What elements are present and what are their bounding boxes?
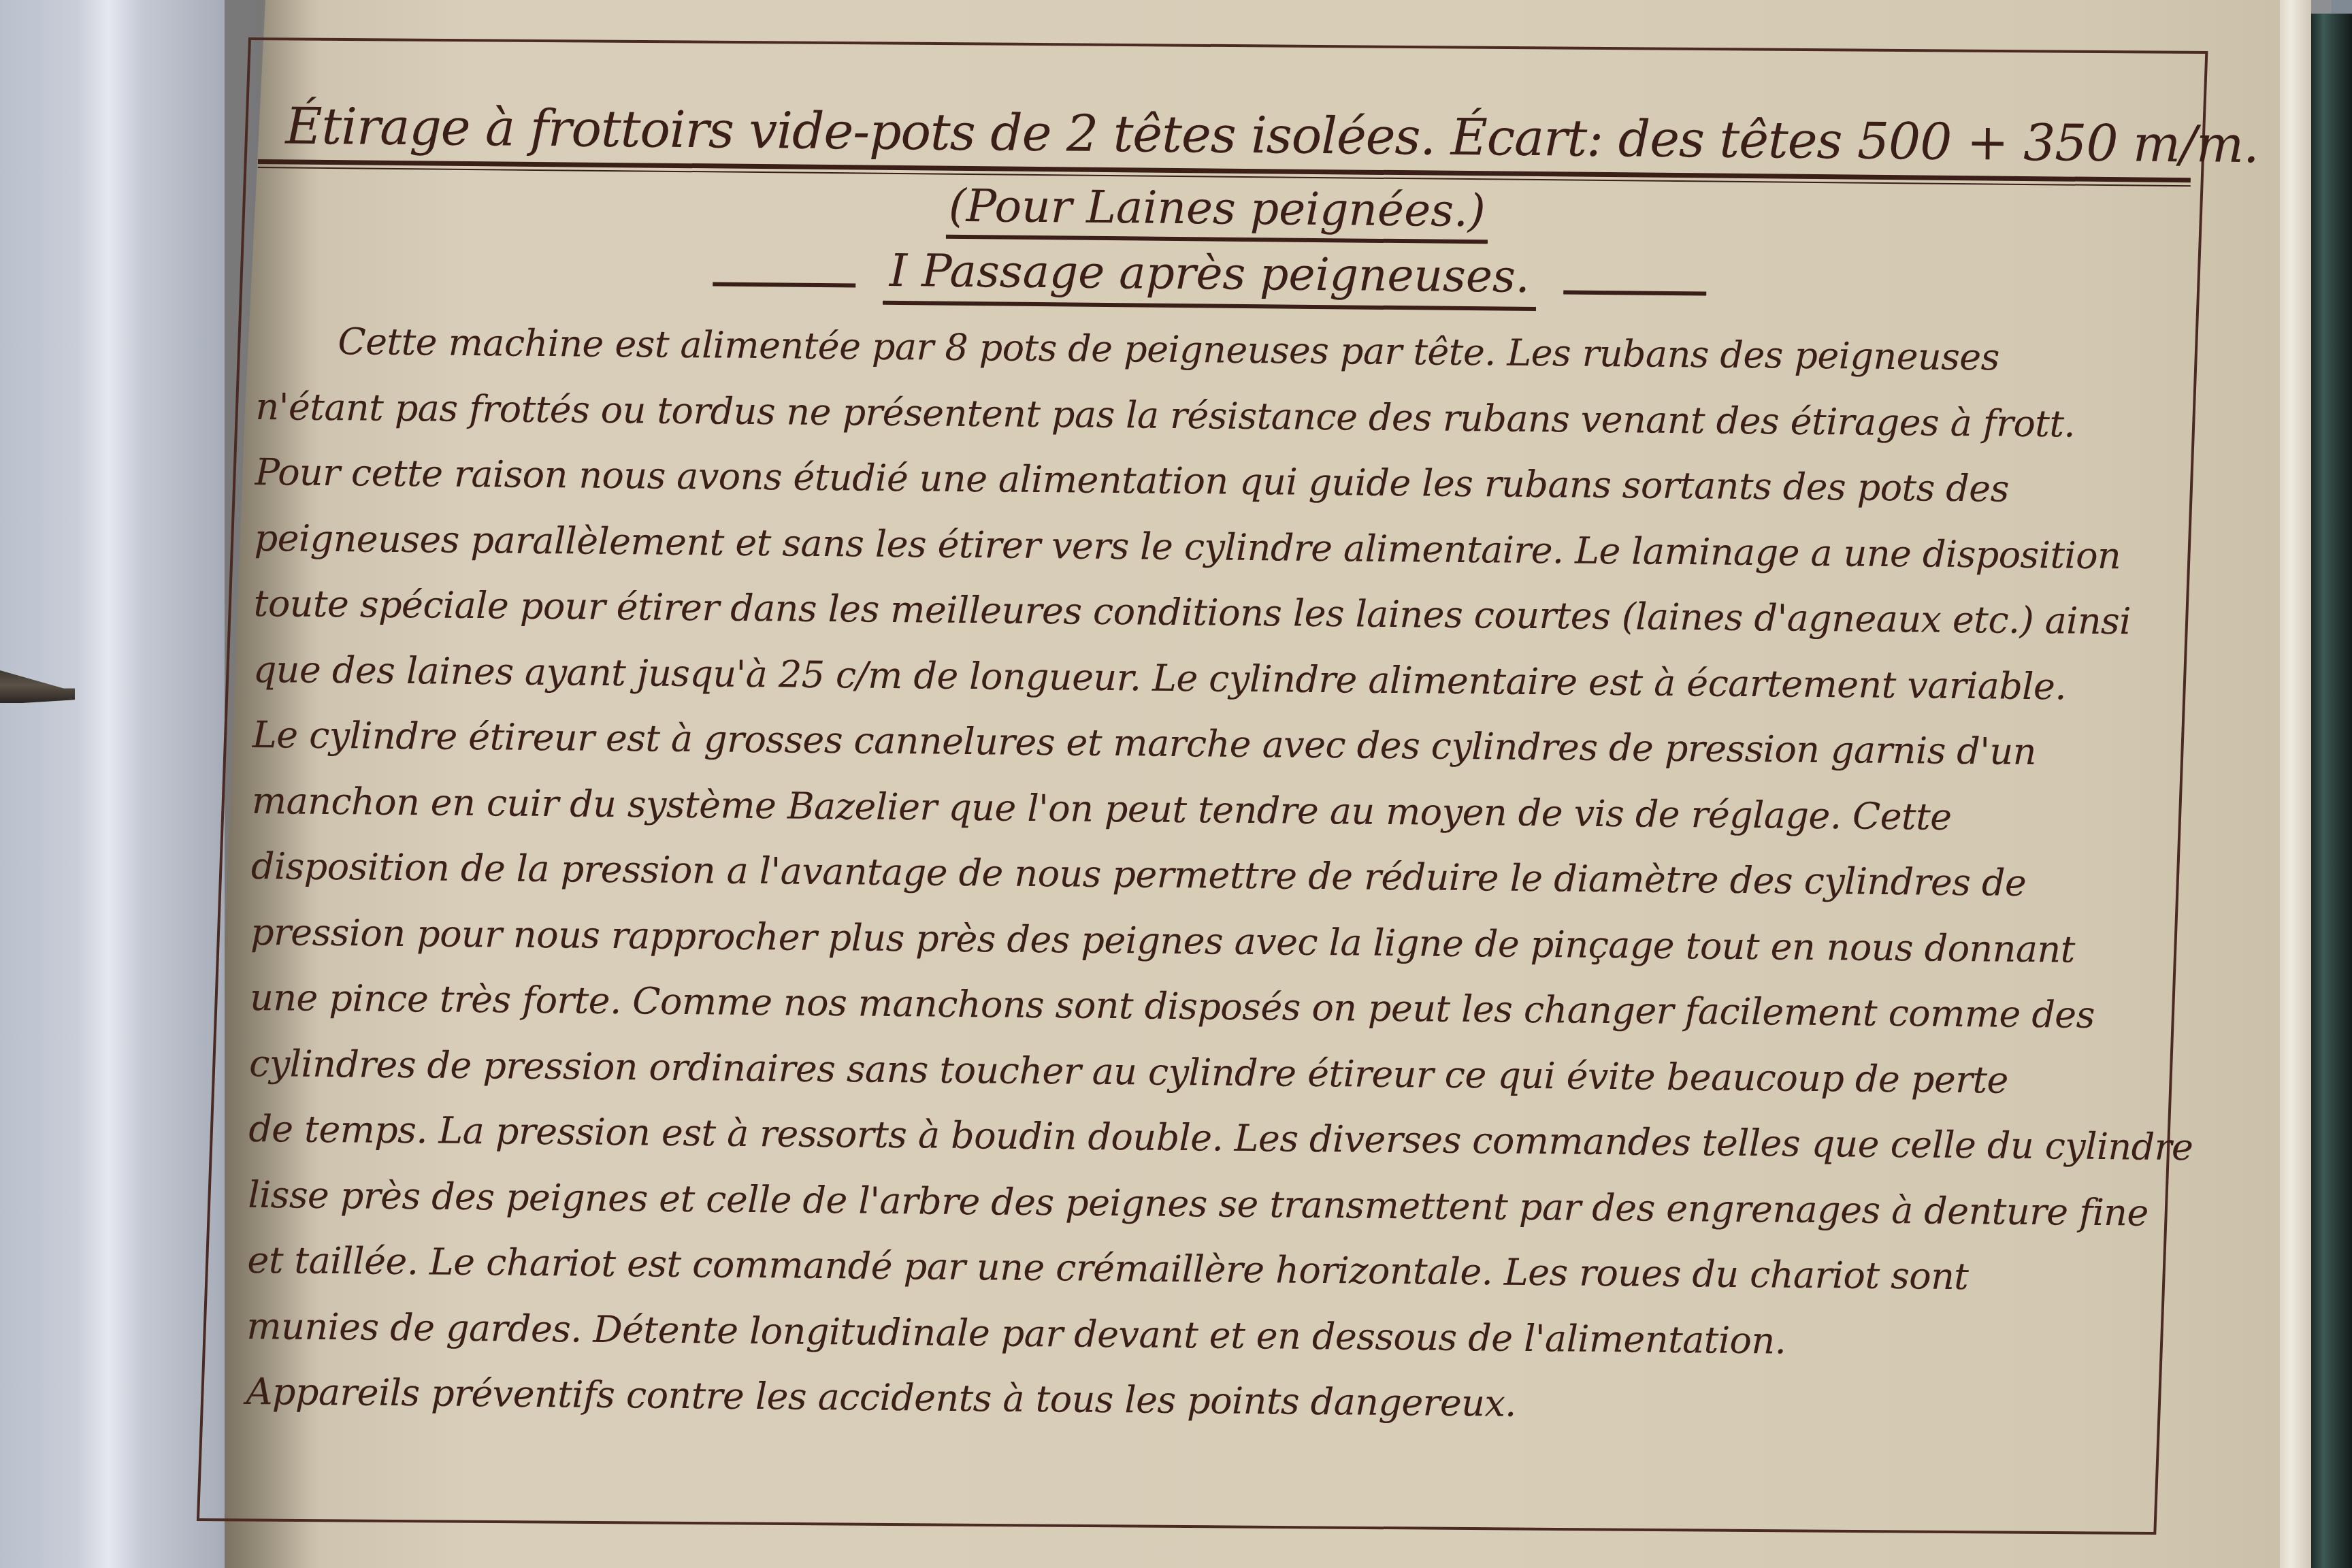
book-cover-edge (2311, 14, 2352, 1568)
subtitle: (Pour Laines peignées.) (946, 178, 1489, 244)
page-content: Étirage à frottoirs vide-pots de 2 têtes… (246, 88, 2205, 1443)
body-paragraph: Cette machine est alimentée par 8 pots d… (246, 308, 2203, 1443)
heading-dash-left (713, 282, 855, 287)
page-stack-edge (2277, 0, 2311, 1568)
photo-scene: Étirage à frottoirs vide-pots de 2 têtes… (0, 0, 2352, 1568)
heading-dash-right (1564, 290, 1707, 295)
section-heading: I Passage après peigneuses. (883, 241, 1537, 311)
